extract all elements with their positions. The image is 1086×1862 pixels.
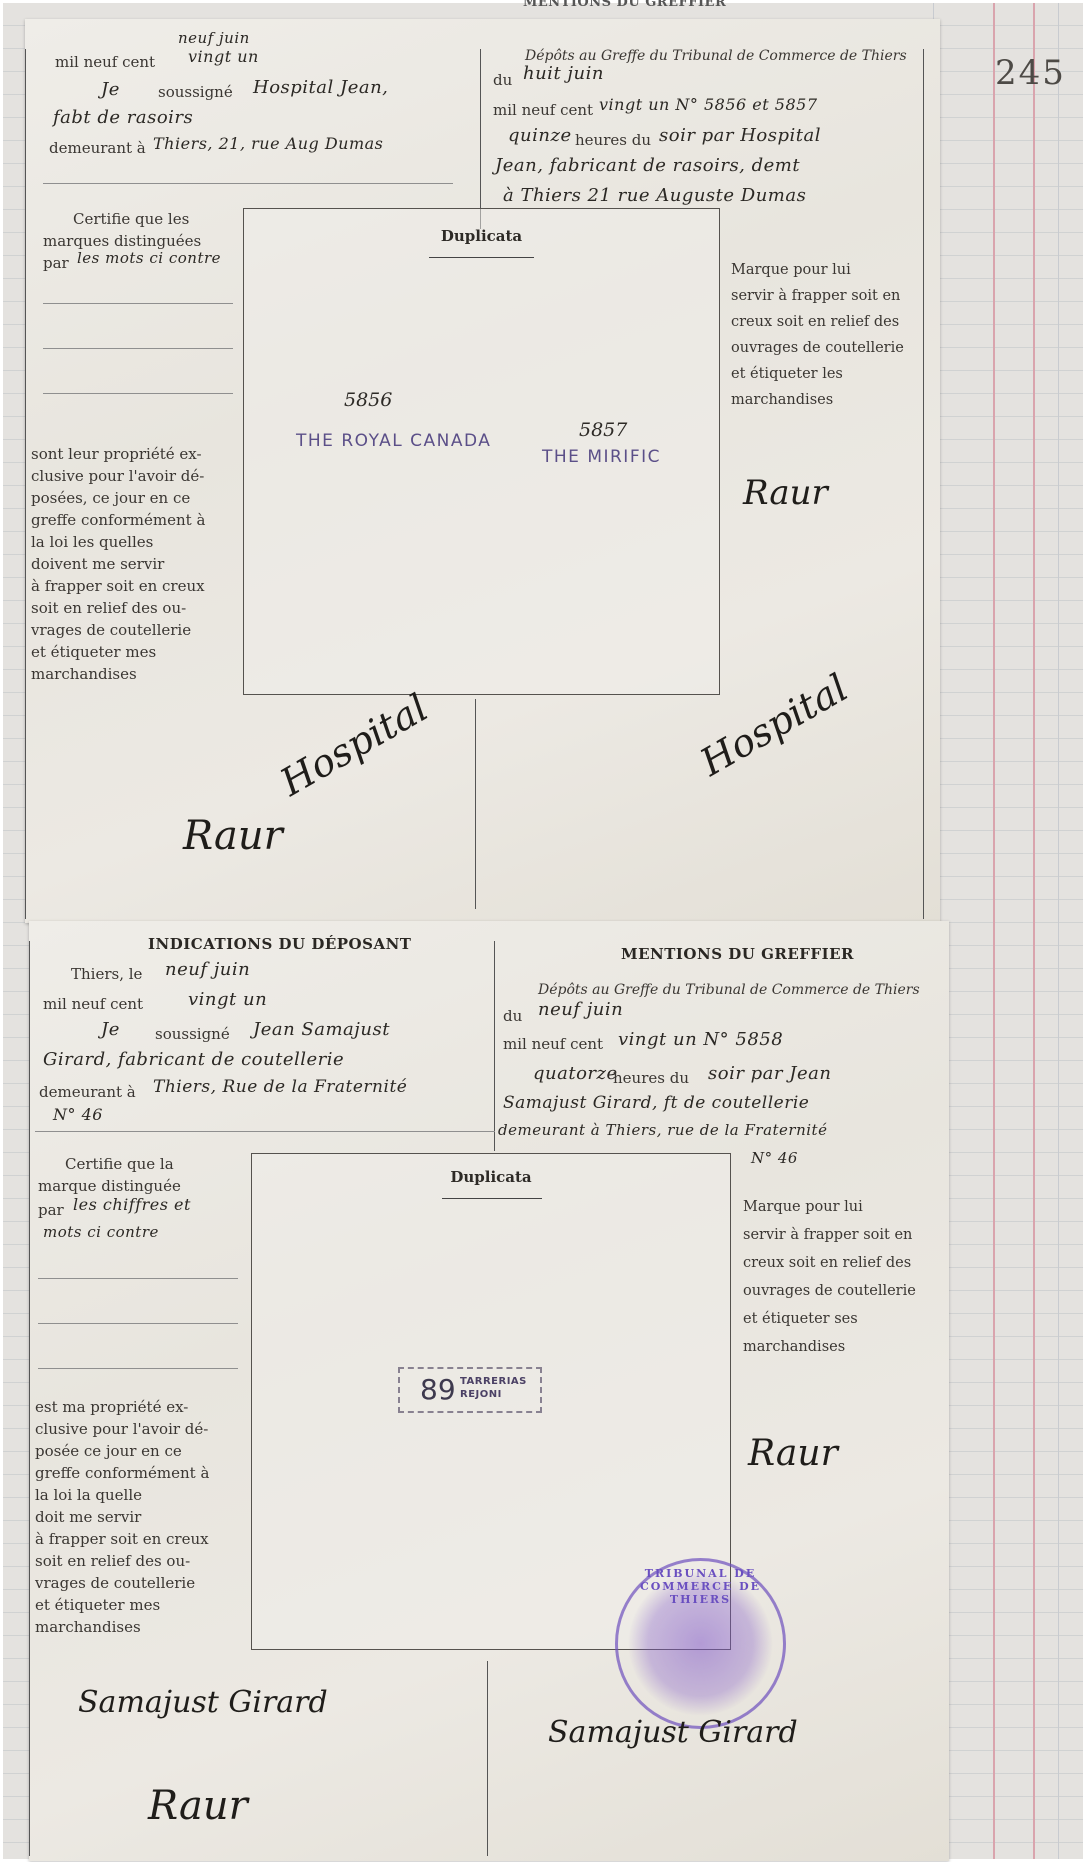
handwritten-profession: fabt de rasoirs [53,107,193,128]
propriete-line: à frapper soit en creux [35,1528,245,1550]
marque-line: ouvrages de coutellerie [743,1277,948,1305]
handwritten-line: demeurant à Thiers, rue de la Fraternité [498,1121,827,1139]
duplicata-rule [429,257,534,258]
column-divider [923,49,924,919]
handwritten-heures-value: soir par Jean [708,1063,831,1084]
propriete-line: la loi les quelles [31,531,236,553]
marque-text: Marque pour lui servir à frapper soit en… [743,1193,948,1361]
handwritten-year: vingt un [188,47,259,66]
soussigne-label: soussigné [158,81,233,103]
ledger-column-rule [1058,3,1059,1859]
propriete-line: doit me servir [35,1506,245,1528]
duplicata-box: Duplicata 5856 THE ROYAL CANADA 5857 THE… [243,208,720,695]
year-label: mil neuf cent [55,51,155,73]
ledger-red-rule [1033,3,1035,1859]
handwritten-deposit-date: neuf juin [538,999,623,1020]
demeurant-label: demeurant à [49,137,146,159]
handwritten-year-and-numbers: vingt un N° 5858 [618,1029,783,1050]
trademark-89-stamp: 89 TARRERIAS REJONI [398,1367,542,1413]
propriete-text: est ma propriété ex- clusive pour l'avoi… [35,1396,245,1638]
column-divider [29,941,30,1856]
propriete-line: greffe conformément à [35,1462,245,1484]
column-divider [480,49,481,229]
marque-line: et étiqueter ses [743,1305,948,1333]
tribunal-seal: TRIBUNAL DE COMMERCE DE THIERS [615,1558,786,1729]
du-label: du [493,69,512,91]
marque-line: marchandises [731,387,931,413]
stamp-line: TARRERIAS [460,1376,527,1387]
marque-line: marchandises [743,1333,948,1361]
form-rule [38,1278,238,1279]
propriete-line: vrages de coutellerie [31,619,236,641]
marque-text: Marque pour lui servir à frapper soit en… [731,257,931,413]
seal-text: TRIBUNAL DE COMMERCE DE THIERS [618,1567,783,1606]
form-rule [43,393,233,394]
greffier-signature: Raur [148,1783,248,1829]
marque-line: et étiqueter les [731,361,931,387]
top-strip-header: MENTIONS DU GREFFIER [523,0,726,10]
propriete-line: et étiqueter mes [35,1594,245,1616]
handwritten-depositor-name: Hospital Jean, [253,77,388,98]
handwritten-profession: Girard, fabricant de coutellerie [43,1049,344,1070]
column-divider [475,699,476,909]
propriete-line: vrages de coutellerie [35,1572,245,1594]
column-divider [494,941,495,1151]
propriete-line: greffe conformément à [31,509,236,531]
propriete-line: marchandises [31,663,236,685]
marque-line: ouvrages de coutellerie [731,335,931,361]
propriete-line: à frapper soit en creux [31,575,236,597]
form-rule [38,1323,238,1324]
greffier-signature: Raur [748,1433,838,1474]
marque-label: marque distinguée [38,1175,181,1197]
duplicata-title: Duplicata [244,227,719,245]
handwritten-line: N° 46 [751,1149,798,1167]
handwritten-address: Thiers, 21, rue Aug Dumas [153,134,383,153]
marque-line: creux soit en relief des [743,1249,948,1277]
stamp-number: 89 [420,1373,456,1406]
handwritten-line: Samajust Girard, ft de coutellerie [503,1093,809,1113]
propriete-line: soit en relief des ou- [31,597,236,619]
column-divider [487,1661,488,1856]
depositor-signature: Samajust Girard [78,1685,328,1720]
handwritten-date: neuf juin [165,959,250,980]
heures-label: heures du [613,1067,689,1089]
marque-line: Marque pour lui [743,1193,948,1221]
greffier-signature: Raur [743,473,828,513]
page-number: 245 [995,53,1066,93]
je-label: Je [101,1019,120,1040]
handwritten-year-and-numbers: vingt un N° 5856 et 5857 [599,95,818,114]
par-label: par [38,1199,64,1221]
handwritten-par-value: mots ci contre [43,1223,159,1241]
section-title-depositor: INDICATIONS DU DÉPOSANT [148,935,411,953]
propriete-line: sont leur propriété ex- [31,443,236,465]
form-rule [38,1368,238,1369]
year-label: mil neuf cent [493,99,593,121]
handwritten-year: vingt un [188,989,267,1010]
handwritten-line: Jean, fabricant de rasoirs, demt [495,155,800,176]
handwritten-hour: quatorze [533,1063,618,1084]
form-rule [43,348,233,349]
par-label: par [43,252,69,274]
handwritten-par-value: les mots ci contre [77,249,221,267]
year-label: mil neuf cent [43,993,143,1015]
handwritten-par-value: les chiffres et [73,1195,191,1214]
handwritten-line: à Thiers 21 rue Auguste Dumas [503,185,806,206]
mark-number: 5856 [344,389,392,411]
column-divider [25,49,26,919]
propriete-line: posée ce jour en ce [35,1440,245,1462]
ledger-page: 245 MENTIONS DU GREFFIER neuf juin mil n… [0,0,1086,1862]
depositor-signature: Samajust Girard [548,1715,798,1750]
soussigne-label: soussigné [155,1023,230,1045]
propriete-line: posées, ce jour en ce [31,487,236,509]
trademark-stamp: THE ROYAL CANADA [296,431,491,451]
marque-line: Marque pour lui [731,257,931,283]
form-rule [35,1131,495,1132]
propriete-text: sont leur propriété ex- clusive pour l'a… [31,443,236,685]
handwritten-hour: quinze [508,125,572,146]
marque-line: servir à frapper soit en [731,283,931,309]
form-rule [43,183,453,184]
marque-line: creux soit en relief des [731,309,931,335]
handwritten-address: Thiers, Rue de la Fraternité [153,1077,407,1097]
propriete-line: clusive pour l'avoir dé- [31,465,236,487]
demeurant-label: demeurant à [39,1081,136,1103]
propriete-line: marchandises [35,1616,245,1638]
certifie-label: Certifie que les [73,208,189,230]
section-title-clerk: MENTIONS DU GREFFIER [621,945,854,963]
duplicata-rule [442,1198,542,1199]
thiers-label: Thiers, le [71,963,142,985]
certifie-label: Certifie que la [65,1153,174,1175]
propriete-line: est ma propriété ex- [35,1396,245,1418]
year-label: mil neuf cent [503,1033,603,1055]
mark-number: 5857 [579,419,627,441]
handwritten-deposit-date: huit juin [523,63,604,84]
je-label: Je [101,79,120,100]
marque-line: servir à frapper soit en [743,1221,948,1249]
duplicata-title: Duplicata [252,1168,730,1186]
du-label: du [503,1005,522,1027]
stamp-line: REJONI [460,1389,502,1400]
propriete-line: et étiqueter mes [31,641,236,663]
propriete-line: clusive pour l'avoir dé- [35,1418,245,1440]
heures-label: heures du [575,129,651,151]
handwritten-depositor-name: Jean Samajust [253,1019,390,1040]
handwritten-heures-value: soir par Hospital [659,125,821,146]
propriete-line: la loi la quelle [35,1484,245,1506]
form-rule [43,303,233,304]
greffier-signature: Raur [183,813,283,859]
ledger-red-rule [993,3,995,1859]
handwritten-date: neuf juin [178,29,250,47]
handwritten-address-number: N° 46 [53,1105,103,1124]
propriete-line: doivent me servir [31,553,236,575]
propriete-line: soit en relief des ou- [35,1550,245,1572]
trademark-stamp: THE MIRIFIC [542,447,661,467]
depot-label: Dépôts au Greffe du Tribunal de Commerce… [538,979,920,1001]
